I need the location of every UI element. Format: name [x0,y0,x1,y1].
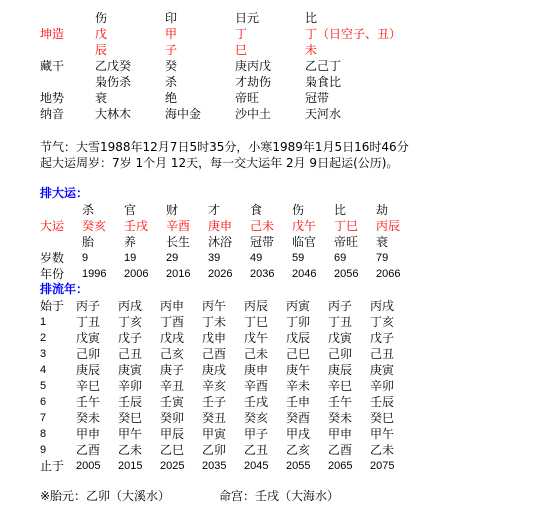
solar-terms-line: 节气：大雪1988年12月7日5时35分，小寒1989年1月5日16时46分 [40,140,409,154]
liunian-cell: 辛巳 [76,378,100,394]
dayun-age: 19 [124,250,136,266]
hidden-gods-year: 枭伤杀 [95,74,131,90]
dayun-pillar: 丁巳 [334,218,358,234]
dayun-year: 2036 [250,266,274,282]
dayun-ages-row: 岁数 9 19 29 39 49 59 69 79 [0,250,533,266]
dayun-years-row: 年份 1996 2006 2016 2026 2036 2046 2056 20… [0,266,533,282]
liunian-cell: 己亥 [160,346,184,362]
hidden-stems-label: 藏干 [40,58,64,74]
liunian-cell: 壬辰 [118,394,142,410]
dayun-stage: 长生 [166,234,190,250]
dayun-stage: 帝旺 [334,234,358,250]
liunian-cell: 丁亥 [370,314,394,330]
stem-hour: 丁（日空子、丑） [305,26,401,42]
dayun-stage: 衰 [376,234,388,250]
liunian-row: 7癸未癸巳癸卯癸丑癸亥癸酉癸未癸巳 [0,410,533,426]
liunian-cell: 戊戌 [160,330,184,346]
liunian-cell: 癸巳 [118,410,142,426]
liunian-cell: 甲辰 [160,426,184,442]
ten-god-hour: 比 [305,10,317,26]
liunian-cell: 丙寅 [286,298,310,314]
liunian-cell: 乙丑 [244,442,268,458]
liunian-cell: 己酉 [202,346,226,362]
taiyuan-info: ※胎元：乙卯（大溪水） [40,489,170,503]
liunian-cell: 庚寅 [118,362,142,378]
liunian-cell: 辛卯 [118,378,142,394]
liunian-cell: 壬辰 [370,394,394,410]
liunian-row: 3己卯己丑己亥己酉己未己巳己卯己丑 [0,346,533,362]
liunian-cell: 己卯 [328,346,352,362]
liunian-row-label: 9 [40,442,46,458]
liunian-row: 4庚辰庚寅庚子庚戌庚申庚午庚辰庚寅 [0,362,533,378]
liunian-cell: 甲申 [328,426,352,442]
liunian-cell: 乙未 [118,442,142,458]
ten-god-month: 印 [165,10,177,26]
liunian-cell: 乙卯 [202,442,226,458]
liunian-cell: 壬子 [202,394,226,410]
liunian-cell: 戊午 [244,330,268,346]
nayin-month: 海中金 [165,106,201,122]
dayun-age: 39 [208,250,220,266]
dayun-year-label: 年份 [40,266,64,282]
dayun-age: 59 [292,250,304,266]
hidden-stems-month: 癸 [165,58,177,74]
minggong-info: 命宫：壬戌（大海水） [219,489,339,503]
nayin-hour: 天河水 [305,106,341,122]
dishi-month: 绝 [165,90,177,106]
liunian-cell: 庚申 [244,362,268,378]
dayun-age: 79 [376,250,388,266]
liunian-row: 2戊寅戊子戊戌戊申戊午戊辰戊寅戊子 [0,330,533,346]
liunian-cell: 丁酉 [160,314,184,330]
liunian-cell: 壬申 [286,394,310,410]
dayun-year: 2006 [124,266,148,282]
liunian-cell: 丁丑 [328,314,352,330]
liunian-cell: 癸卯 [160,410,184,426]
dayun-stages-row: 胎 养 长生 沐浴 冠带 临官 帝旺 衰 [0,234,533,250]
nayin-year: 大林木 [95,106,131,122]
dayun-pillar: 辛酉 [166,218,190,234]
liunian-cell: 辛巳 [328,378,352,394]
dayun-stage: 冠带 [250,234,274,250]
branch-year: 辰 [95,42,107,58]
liunian-row: 8甲申甲午甲辰甲寅甲子甲戌甲申甲午 [0,426,533,442]
liunian-cell: 庚寅 [370,362,394,378]
stem-day: 丁 [235,26,247,42]
heavenly-stems-row: 坤造 戊 甲 丁 丁（日空子、丑） [0,26,533,42]
dayun-pillar: 丙辰 [376,218,400,234]
dayun-god: 比 [334,202,346,218]
dayun-god: 官 [124,202,136,218]
liunian-cell: 癸丑 [202,410,226,426]
liunian-cell: 丙午 [202,298,226,314]
liunian-cell: 癸未 [328,410,352,426]
liunian-cell: 甲午 [370,426,394,442]
liunian-cell: 辛丑 [160,378,184,394]
dayun-god: 食 [250,202,262,218]
liunian-row-label: 止于 [40,458,64,474]
liunian-cell: 癸巳 [370,410,394,426]
dayun-pillars-row: 大运 癸亥 壬戌 辛酉 庚申 己未 戊午 丁巳 丙辰 [0,218,533,234]
liunian-cell: 丁巳 [244,314,268,330]
liunian-cell: 癸酉 [286,410,310,426]
liunian-cell: 2035 [202,458,226,474]
liunian-cell: 辛亥 [202,378,226,394]
liunian-cell: 辛未 [286,378,310,394]
hidden-gods-row: 枭伤杀 杀 才劫伤 枭食比 [0,74,533,90]
earthly-branches-row: 辰 子 巳 未 [0,42,533,58]
liunian-row-label: 3 [40,346,46,362]
liunian-cell: 丙子 [76,298,100,314]
liunian-row-label: 7 [40,410,46,426]
dishi-day: 帝旺 [235,90,259,106]
liunian-cell: 丁未 [202,314,226,330]
liunian-cell: 甲申 [76,426,100,442]
liunian-cell: 2015 [118,458,142,474]
dayun-stage: 养 [124,234,136,250]
dishi-hour: 冠带 [305,90,329,106]
dayun-god: 财 [166,202,178,218]
liunian-cell: 己巳 [286,346,310,362]
hidden-gods-month: 杀 [165,74,177,90]
dayun-god: 劫 [376,202,388,218]
liunian-row-label: 2 [40,330,46,346]
liunian-cell: 乙酉 [328,442,352,458]
liunian-row: 止于20052015202520352045205520652075 [0,458,533,474]
dayun-pillar: 癸亥 [82,218,106,234]
dayun-stage: 临官 [292,234,316,250]
liunian-cell: 辛卯 [370,378,394,394]
dayun-pillar: 壬戌 [124,218,148,234]
dishi-label: 地势 [40,90,64,106]
dayun-god: 才 [208,202,220,218]
liunian-cell: 乙巳 [160,442,184,458]
hidden-stems-hour: 乙己丁 [305,58,341,74]
ten-god-day: 日元 [235,10,259,26]
liunian-cell: 2005 [76,458,100,474]
liunian-row: 1丁丑丁亥丁酉丁未丁巳丁卯丁丑丁亥 [0,314,533,330]
nayin-day: 沙中土 [235,106,271,122]
liunian-row-label: 4 [40,362,46,378]
dayun-label: 大运 [40,218,64,234]
liunian-row-label: 始于 [40,298,64,314]
dayun-year: 2026 [208,266,232,282]
liunian-cell: 庚辰 [76,362,100,378]
dayun-gods-row: 杀 官 财 才 食 伤 比 劫 [0,202,533,218]
dayun-pillar: 己未 [250,218,274,234]
liunian-row: 始于丙子丙戌丙申丙午丙辰丙寅丙子丙戌 [0,298,533,314]
liunian-title: 排流年： [40,282,88,296]
dayun-title: 排大运： [40,186,88,200]
liunian-cell: 甲午 [118,426,142,442]
liunian-cell: 2065 [328,458,352,474]
dayun-year: 1996 [82,266,106,282]
hidden-stems-row: 藏干 乙戊癸 癸 庚丙戊 乙己丁 [0,58,533,74]
liunian-cell: 戊寅 [328,330,352,346]
liunian-cell: 丁卯 [286,314,310,330]
stem-month: 甲 [165,26,177,42]
dayun-year: 2016 [166,266,190,282]
liunian-cell: 壬午 [328,394,352,410]
liunian-cell: 乙酉 [76,442,100,458]
liunian-row-label: 1 [40,314,46,330]
dishi-year: 衰 [95,90,107,106]
liunian-row: 6壬午壬辰壬寅壬子壬戌壬申壬午壬辰 [0,394,533,410]
liunian-cell: 戊申 [202,330,226,346]
gender-label: 坤造 [40,26,64,42]
branch-day: 巳 [235,42,247,58]
liunian-cell: 乙未 [370,442,394,458]
liunian-cell: 癸亥 [244,410,268,426]
dayun-year: 2056 [334,266,358,282]
hidden-stems-year: 乙戊癸 [95,58,131,74]
liunian-row: 9乙酉乙未乙巳乙卯乙丑乙亥乙酉乙未 [0,442,533,458]
dayun-age: 9 [82,250,88,266]
dayun-age-label: 岁数 [40,250,64,266]
dayun-stage: 沐浴 [208,234,232,250]
nayin-row: 纳音 大林木 海中金 沙中土 天河水 [0,106,533,122]
liunian-cell: 壬寅 [160,394,184,410]
liunian-cell: 2075 [370,458,394,474]
liunian-row-label: 5 [40,378,46,394]
liunian-cell: 己卯 [76,346,100,362]
stem-year: 戊 [95,26,107,42]
liunian-cell: 庚辰 [328,362,352,378]
liunian-cell: 庚戌 [202,362,226,378]
liunian-cell: 甲戌 [286,426,310,442]
liunian-cell: 壬午 [76,394,100,410]
dayun-age: 29 [166,250,178,266]
dayun-pillar: 戊午 [292,218,316,234]
liunian-cell: 甲子 [244,426,268,442]
branch-hour: 未 [305,42,317,58]
dayun-year: 2046 [292,266,316,282]
ten-god-year: 伤 [95,10,107,26]
liunian-row: 5辛巳辛卯辛丑辛亥辛酉辛未辛巳辛卯 [0,378,533,394]
hidden-stems-day: 庚丙戊 [235,58,271,74]
liunian-cell: 庚午 [286,362,310,378]
hidden-gods-day: 才劫伤 [235,74,271,90]
nayin-label: 纳音 [40,106,64,122]
liunian-cell: 丙戌 [370,298,394,314]
liunian-cell: 己未 [244,346,268,362]
dayun-pillar: 庚申 [208,218,232,234]
liunian-row-label: 6 [40,394,46,410]
dayun-god: 伤 [292,202,304,218]
liunian-cell: 己丑 [118,346,142,362]
branch-month: 子 [165,42,177,58]
liunian-cell: 庚子 [160,362,184,378]
liunian-cell: 戊寅 [76,330,100,346]
dayun-stage: 胎 [82,234,94,250]
liunian-cell: 甲寅 [202,426,226,442]
liunian-cell: 癸未 [76,410,100,426]
liunian-cell: 2025 [160,458,184,474]
liunian-row-label: 8 [40,426,46,442]
dayun-year: 2066 [376,266,400,282]
liunian-cell: 壬戌 [244,394,268,410]
liunian-cell: 丁丑 [76,314,100,330]
liunian-cell: 戊辰 [286,330,310,346]
liunian-cell: 戊子 [118,330,142,346]
ten-gods-header-row: 伤 印 日元 比 [0,10,533,26]
liunian-cell: 丁亥 [118,314,142,330]
liunian-cell: 丙子 [328,298,352,314]
liunian-cell: 丙戌 [118,298,142,314]
liunian-cell: 丙辰 [244,298,268,314]
dayun-age: 69 [334,250,346,266]
hidden-gods-hour: 枭食比 [305,74,341,90]
dayun-god: 杀 [82,202,94,218]
liunian-cell: 己丑 [370,346,394,362]
liunian-cell: 丙申 [160,298,184,314]
luck-start-line: 起大运周岁：7岁 1个月 12天，每一交大运年 2月 9日起运(公历)。 [40,156,398,170]
liunian-cell: 戊子 [370,330,394,346]
liunian-cell: 辛酉 [244,378,268,394]
liunian-cell: 2055 [286,458,310,474]
dayun-age: 49 [250,250,262,266]
liunian-cell: 乙亥 [286,442,310,458]
liunian-cell: 2045 [244,458,268,474]
dishi-row: 地势 衰 绝 帝旺 冠带 [0,90,533,106]
